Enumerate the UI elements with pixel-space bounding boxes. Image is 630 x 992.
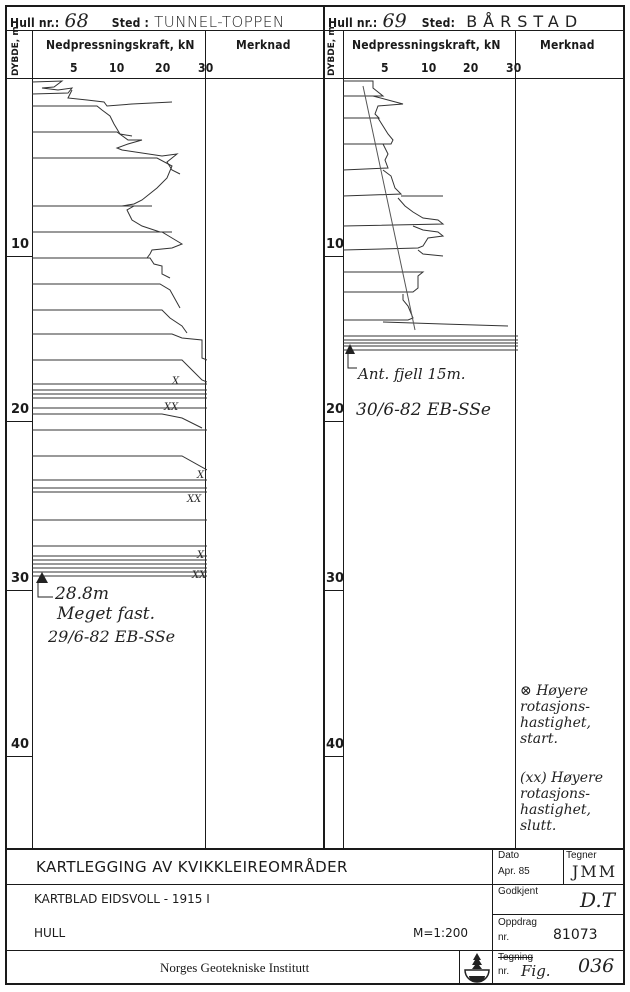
cell-divider — [492, 884, 625, 885]
drawing-nr-label: nr. — [498, 966, 509, 977]
right-remarks-header: Merknad — [540, 38, 595, 52]
depth-tick — [5, 256, 32, 257]
left-depth-30: 30 — [11, 571, 29, 586]
legend-line: Høyere — [551, 770, 603, 786]
legend-line: rotasjons- — [520, 786, 603, 802]
depth-tick — [323, 256, 343, 257]
right-depth-axis-label: DYBDE, m — [327, 26, 337, 76]
date-value: Apr. 85 — [498, 866, 530, 877]
sted-value: BÅRSTAD — [466, 12, 583, 31]
legend-line: Høyere — [536, 683, 588, 699]
right-tick-10: 10 — [421, 61, 436, 75]
left-force-header: Nedpressningskraft, kN — [46, 38, 195, 52]
logo-divider — [459, 950, 460, 985]
title-divider — [5, 884, 492, 885]
left-depth-10: 10 — [11, 237, 29, 252]
depth-tick — [5, 590, 32, 591]
depth-tick — [323, 590, 343, 591]
right-depth-40: 40 — [326, 737, 344, 752]
depth-tick — [323, 756, 343, 757]
right-hull-header: Hull nr.: 69 Sted: BÅRSTAD — [328, 10, 583, 32]
right-depth-30: 30 — [326, 571, 344, 586]
map-sheet: KARTBLAD EIDSVOLL - 1915 I — [34, 892, 210, 906]
depth-tick — [5, 421, 32, 422]
ngi-logo-icon — [462, 952, 492, 984]
scale: M=1:200 — [413, 926, 468, 940]
left-hull-header: Hull nr.: 68 Sted : TUNNEL-TOPPEN — [10, 10, 285, 32]
assignment-nr-label: nr. — [498, 932, 509, 943]
drawer-label: Tegner — [566, 850, 597, 861]
legend-start: ⊗ Høyere rotasjons- hastighet, start. — [520, 683, 591, 747]
sted-value: TUNNEL-TOPPEN — [154, 13, 284, 31]
right-depth-20: 20 — [326, 402, 344, 417]
right-force-header: Nedpressningskraft, kN — [352, 38, 501, 52]
institute-name: Norges Geotekniske Institutt — [160, 960, 309, 976]
legend-line: slutt. — [520, 818, 603, 834]
left-depth-40: 40 — [11, 737, 29, 752]
svg-text:XX: XX — [186, 494, 202, 505]
assignment-number: 81073 — [553, 927, 598, 943]
drawing-prefix: Fig. — [521, 962, 551, 980]
approved-label: Godkjent — [498, 886, 538, 897]
sted-label: Sted: — [422, 16, 455, 30]
left-end-remark: Meget fast. — [57, 604, 155, 624]
cell-divider — [492, 950, 625, 951]
svg-text:X: X — [171, 376, 180, 387]
right-depth-10: 10 — [326, 237, 344, 252]
right-end-remark: Ant. fjell 15m. — [358, 365, 466, 383]
cell-divider — [492, 914, 625, 915]
subject: HULL — [34, 926, 65, 940]
left-depth-axis-label: DYBDE, m — [11, 26, 21, 76]
drawing-number: 036 — [578, 955, 614, 977]
rotation-start-symbol: ⊗ — [520, 683, 532, 699]
sted-label: Sted : — [112, 16, 149, 30]
title-divider — [5, 950, 492, 951]
legend-line: start. — [520, 731, 591, 747]
svg-text:XX: XX — [163, 402, 179, 413]
right-tick-5: 5 — [381, 61, 389, 75]
right-tick-20: 20 — [463, 61, 478, 75]
rotation-end-symbol: (xx) — [520, 770, 547, 786]
left-tick-10: 10 — [109, 61, 124, 75]
right-tick-30: 30 — [506, 61, 521, 75]
legend-end: (xx) Høyere rotasjons- hastighet, slutt. — [520, 770, 603, 834]
date-label: Dato — [498, 850, 519, 861]
log-separator — [323, 5, 325, 848]
left-depth-20: 20 — [11, 402, 29, 417]
legend-line: hastighet, — [520, 715, 591, 731]
left-remarks-header: Merknad — [236, 38, 291, 52]
date-drawer-divider — [563, 848, 564, 884]
left-tick-5: 5 — [70, 61, 78, 75]
left-end-signature: 29/6-82 EB-SSe — [48, 627, 175, 646]
right-sounding-trace — [343, 78, 518, 358]
left-end-depth: 28.8m — [55, 584, 109, 604]
right-end-signature: 30/6-82 EB-SSe — [356, 400, 491, 420]
approved-signature: D.T — [580, 888, 615, 912]
assignment-label: Oppdrag — [498, 917, 537, 928]
hull-number: 68 — [65, 10, 89, 32]
project-title: KARTLEGGING AV KVIKKLEIREOMRÅDER — [36, 858, 348, 876]
legend-line: rotasjons- — [520, 699, 591, 715]
svg-text:X: X — [196, 470, 205, 481]
title-block-top — [5, 848, 625, 850]
hull-number: 69 — [383, 10, 407, 32]
title-block-right-divider — [492, 848, 493, 985]
depth-tick — [323, 421, 343, 422]
left-sounding-trace: X XX X XX X XX — [32, 78, 207, 598]
drawer-value: JMM — [572, 862, 617, 881]
left-tick-20: 20 — [155, 61, 170, 75]
legend-line: hastighet, — [520, 802, 603, 818]
depth-tick — [5, 756, 32, 757]
svg-text:X: X — [196, 550, 205, 561]
left-tick-30: 30 — [198, 61, 213, 75]
svg-text:XX: XX — [191, 570, 207, 581]
